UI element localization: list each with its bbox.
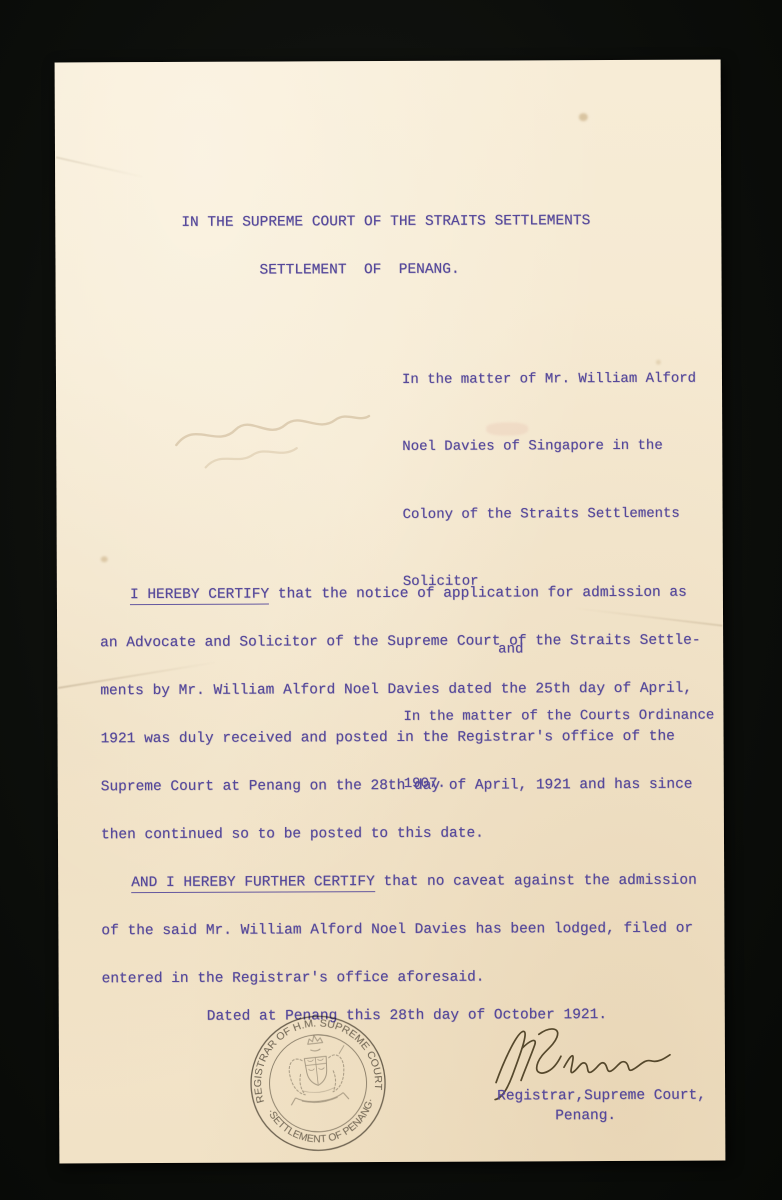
signoff-place: Penang. [555,1107,616,1125]
coat-of-arms-icon [284,1032,350,1105]
matter-line: Colony of the Straits Settlements [403,504,714,537]
body-line: entered in the Registrar's office afores… [102,969,485,989]
paper-crease [56,156,144,177]
further-certify-lead: AND I HEREBY FURTHER CERTIFY [131,874,375,893]
body-line: of the said Mr. William Alford Noel Davi… [101,920,693,941]
court-heading: IN THE SUPREME COURT OF THE STRAITS SETT… [181,212,590,232]
pencil-stroke [205,448,298,467]
faint-pencil-inscription [166,400,380,482]
body-line: 1921 was duly received and posted in the… [101,728,675,749]
smudge [486,422,528,435]
document-page: IN THE SUPREME COURT OF THE STRAITS SETT… [55,60,726,1164]
settlement-heading: SETTLEMENT OF PENANG. [259,261,459,280]
further-certify-lead-line: AND I HEREBY FURTHER CERTIFY that no cav… [101,872,697,893]
body-line: then continued so to be posted to this d… [101,825,484,845]
signoff-title: Registrar,Supreme Court, [497,1087,706,1106]
court-seal-stamp: REGISTRAR OF H.M. SUPREME COURT ·SETTLEM… [228,993,409,1174]
seal-arc-text-bottom: ·SETTLEMENT OF PENANG· [264,1096,380,1151]
body-line: ments by Mr. William Alford Noel Davies … [100,680,692,701]
fox-spot [579,113,588,121]
body-line: an Advocate and Solicitor of the Supreme… [100,632,700,653]
certify-lead-line: I HEREBY CERTIFY that the notice of appl… [100,584,687,605]
certify-lead-rest: that the notice of application for admis… [269,585,687,603]
fox-spot [101,556,108,562]
certify-lead: I HEREBY CERTIFY [130,587,269,606]
pencil-stroke [175,415,370,445]
matter-line: Noel Davies of Singapore in the [402,437,713,470]
further-certify-lead-rest: that no caveat against the admission [375,873,697,890]
body-line: Supreme Court at Penang on the 28th day … [101,776,693,797]
fox-spot [656,360,661,365]
matter-line: In the matter of Mr. William Alford [402,370,713,403]
